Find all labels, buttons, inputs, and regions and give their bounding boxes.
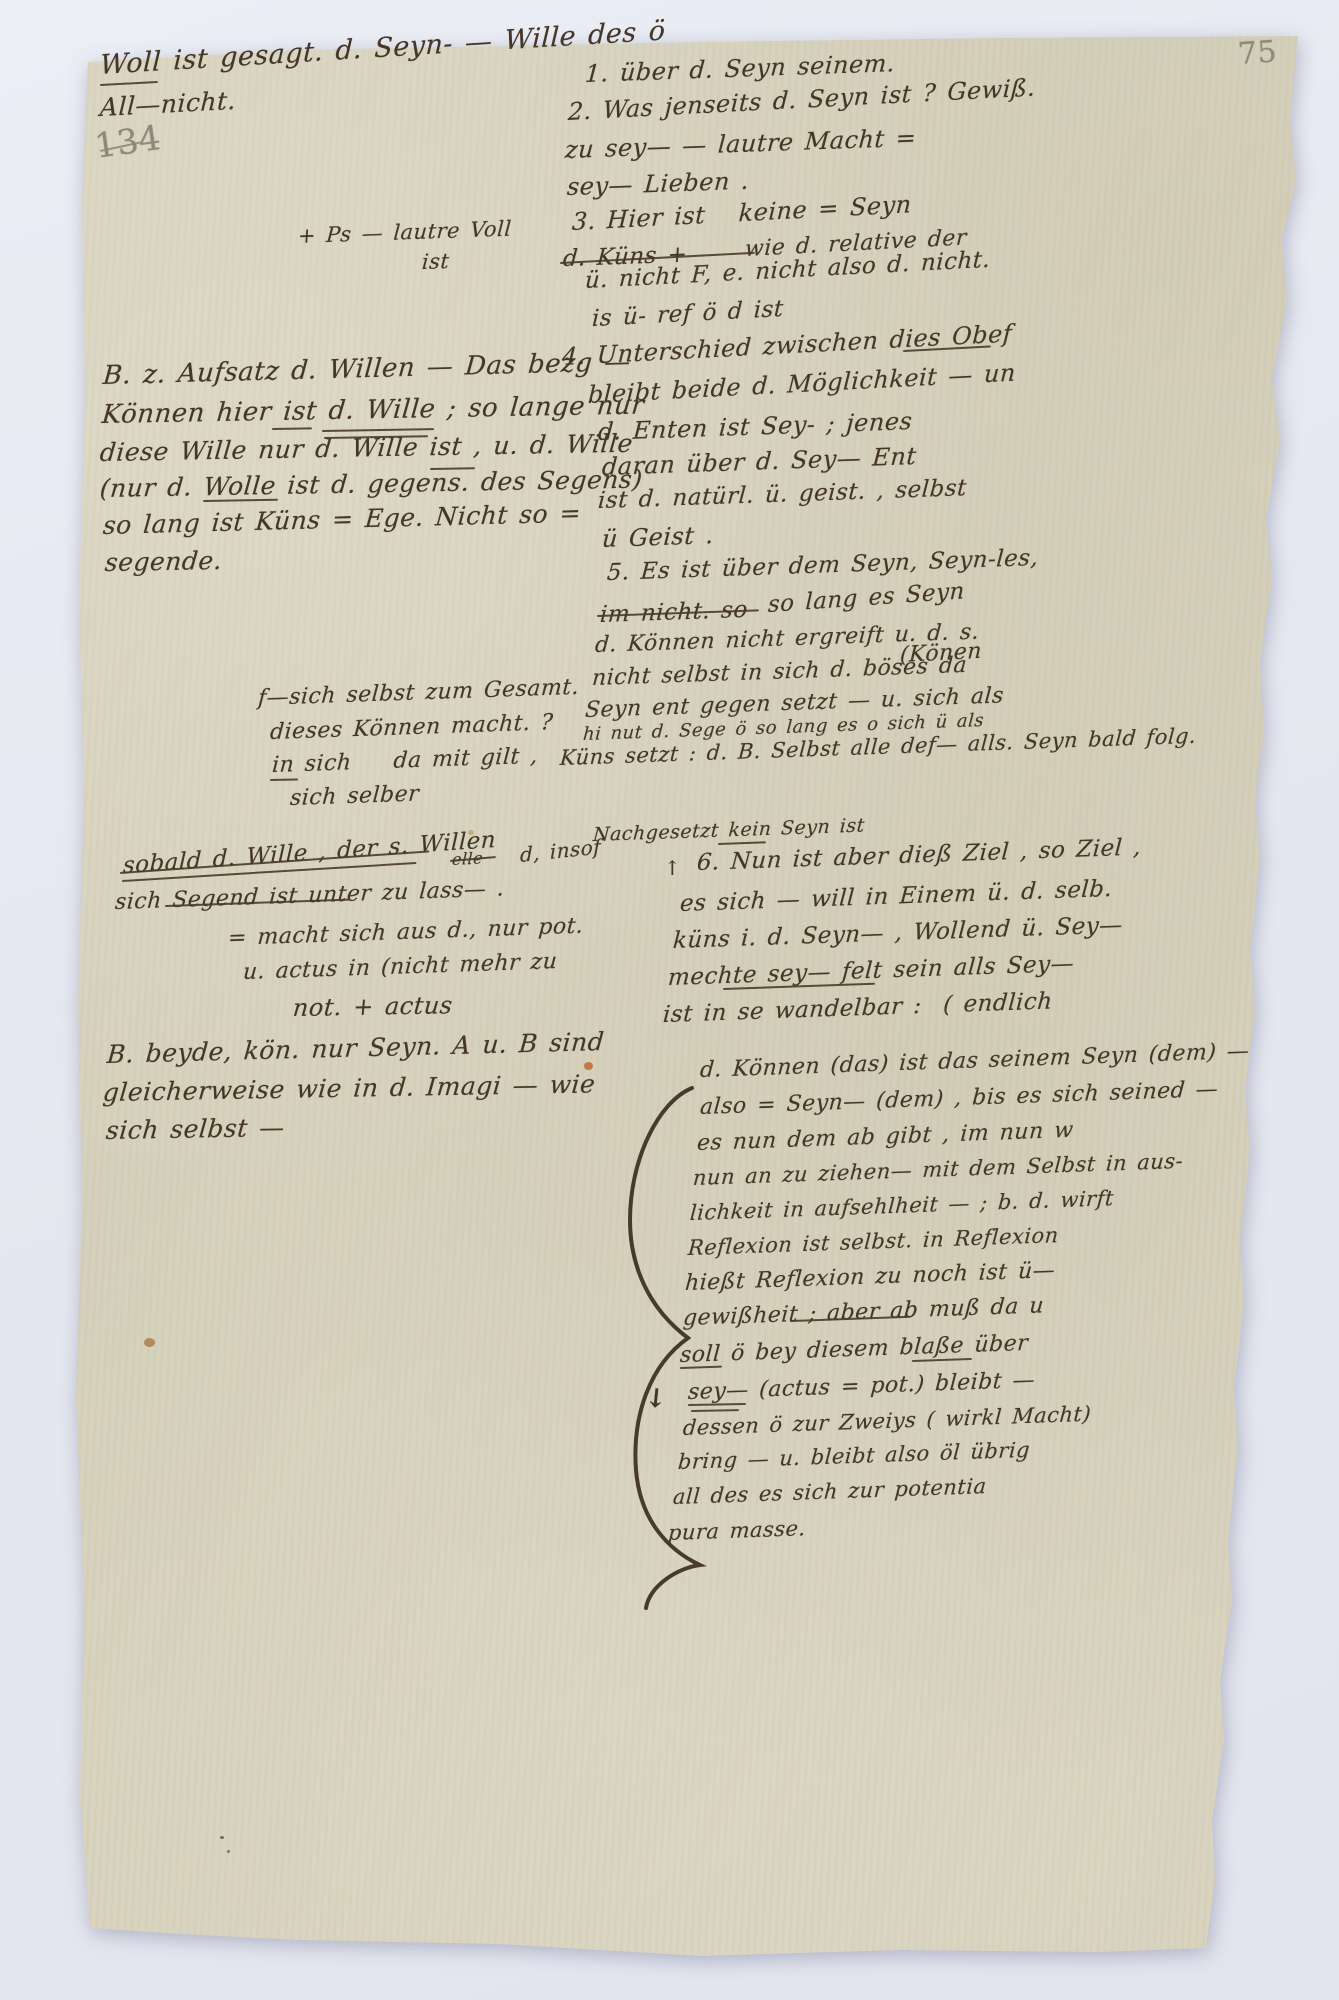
left-paragraph-line: segende. (104, 548, 223, 575)
numbered-item-line: (Könen (899, 641, 982, 667)
left-paragraph-line: sich selbst — (105, 1115, 286, 1143)
caret-insertion-mark: ↑ (664, 858, 681, 878)
indent-note-line: not. + actus (292, 993, 454, 1020)
paper-blemish-spot (468, 830, 474, 835)
braced-paragraph-line: pura masse. (667, 1518, 806, 1544)
insert-line: ist (421, 251, 450, 273)
manuscript-paper-sheet (0, 0, 1339, 2000)
pencil-page-number: 134 (93, 121, 163, 164)
paper-blemish-spot (220, 1836, 224, 1839)
manuscript-paper-wrapper (0, 0, 1339, 2000)
paper-blemish-spot (227, 1850, 230, 1853)
numbered-item-line: ü Geist . (601, 523, 714, 551)
paper-blemish-spot (144, 1338, 155, 1347)
numbered-item-line: sey— Lieben . (566, 169, 750, 199)
header-line: All—nicht. (99, 88, 236, 120)
indent-note-line: sich selber (289, 783, 420, 810)
paper-blemish-spot (584, 1062, 593, 1070)
folio-number: 75 (1237, 37, 1278, 70)
